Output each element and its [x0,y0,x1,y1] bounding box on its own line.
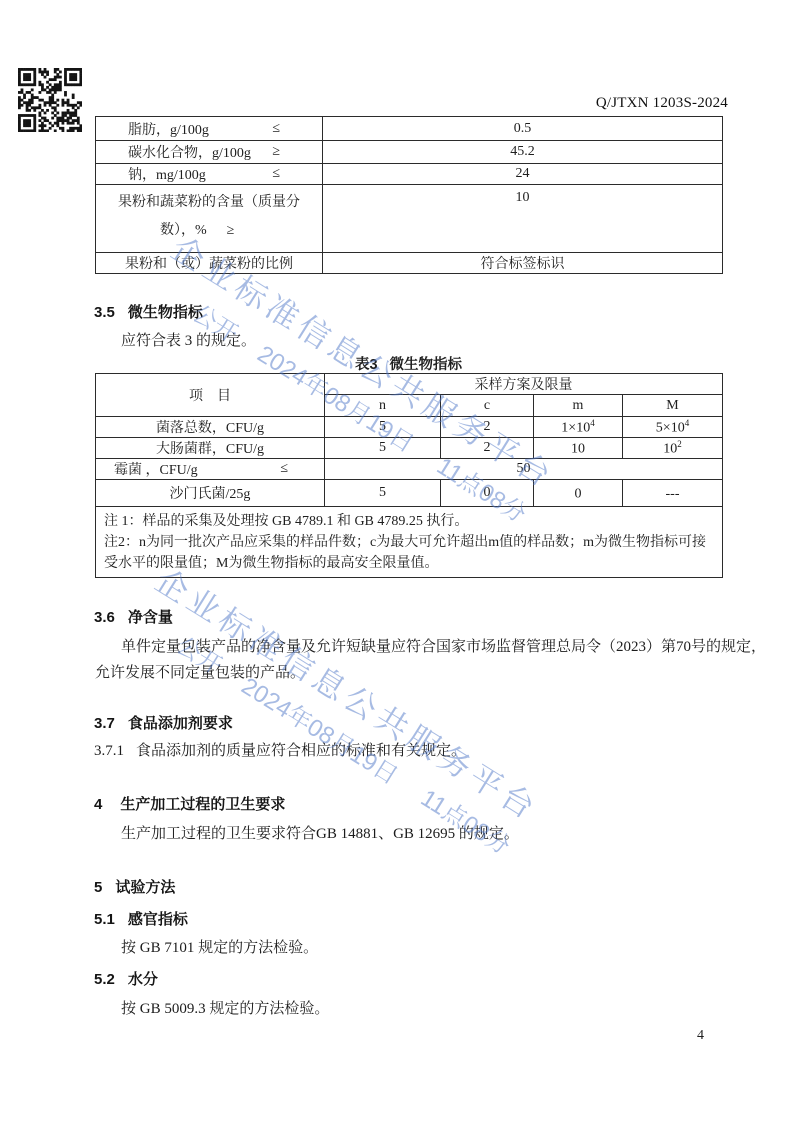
row-operator: ≥ [227,223,235,238]
M-cell: 102 [623,438,723,459]
nutrition-table: 脂肪，g/100g ≤ 0.5 碳水化合物，g/100g ≥ 45.2 钠，mg… [95,116,723,274]
merged-value-cell: 50 [325,459,723,480]
table-notes-row: 注 1：样品的采集及处理按 GB 4789.1 和 GB 4789.25 执行。… [96,507,723,578]
section-number: 5.2 [94,971,115,988]
item-cell: 菌落总数，CFU/g [96,417,325,438]
section-number: 3.6 [94,609,115,626]
value-cell: 45.2 [323,141,723,164]
section-title: 食品添加剂要求 [128,715,233,732]
section-heading-5-2: 5.2水分 [94,968,158,989]
n-cell: 5 [325,480,441,507]
paragraph: 单件定量包装产品的净含量及允许短缺量应符合国家市场监督管理总局令（2023）第7… [95,637,751,657]
header-M-cell: M [623,395,723,417]
table-row: 菌落总数，CFU/g 5 2 1×104 5×104 [96,417,723,438]
item-cell: 大肠菌群，CFU/g [96,438,325,459]
row-label-line1: 果粉和蔬菜粉的含量（质量分 [118,189,312,217]
section-title: 试验方法 [115,879,175,896]
table-row: 钠，mg/100g ≤ 24 [96,164,723,185]
paragraph: 生产加工过程的卫生要求符合GB 14881、GB 12695 的规定。 [95,824,751,844]
clause-number: 3.7.1 [94,743,124,759]
c-cell: 2 [441,417,534,438]
label-cell: 果粉和蔬菜粉的含量（质量分 数），%≥ [96,185,323,253]
paragraph: 按 GB 7101 规定的方法检验。 [95,938,751,958]
m-cell: 10 [534,438,623,459]
doc-code: Q/JTXN 1203S-2024 [596,95,728,112]
row-label: 脂肪，g/100g [128,119,209,139]
section-heading-3-6: 3.6净含量 [94,606,173,627]
header-n-cell: n [325,395,441,417]
label-cell: 钠，mg/100g ≤ [96,164,323,185]
value-cell: 10 [323,185,723,253]
section-number: 3.7 [94,715,115,732]
clause-body: 食品添加剂的质量应符合相应的标准和有关规定。 [136,743,466,759]
table3-caption: 表3微生物指标 [95,353,722,374]
row-operator: ≤ [272,121,280,137]
section-title: 微生物指标 [128,304,203,321]
notes-cell: 注 1：样品的采集及处理按 GB 4789.1 和 GB 4789.25 执行。… [96,507,723,578]
section-number: 3.5 [94,304,115,321]
item-cell: 沙门氏菌/25g [96,480,325,507]
item-label: 霉菌 ，CFU/g [114,459,198,479]
note-2: 注2：n为同一批次产品应采集的样品件数；c为最大可允许超出m值的样品数；m为微生… [104,532,714,574]
watermark-title: 企业标准信息公共服务平台 [148,556,549,830]
section-title: 水分 [128,971,158,988]
note-1: 注 1：样品的采集及处理按 GB 4789.1 和 GB 4789.25 执行。 [104,511,714,532]
section-heading-4: 4生产加工过程的卫生要求 [94,793,285,814]
section-heading-3-7: 3.7食品添加剂要求 [94,712,233,733]
table-header-row: 项 目 采样方案及限量 [96,374,723,395]
label-cell: 果粉和（或）蔬菜粉的比例 [96,253,323,274]
row-operator: ≤ [280,461,288,477]
header-group-cell: 采样方案及限量 [325,374,723,395]
section-title: 感官指标 [128,911,188,928]
section-number: 4 [94,796,102,813]
value-cell: 符合标签标识 [323,253,723,274]
table3-caption-label: 表3 [355,357,378,373]
m-cell: 0 [534,480,623,507]
header-c-cell: c [441,395,534,417]
table-row: 脂肪，g/100g ≤ 0.5 [96,117,723,141]
label-cell: 碳水化合物，g/100g ≥ [96,141,323,164]
value-cell: 24 [323,164,723,185]
paragraph: 允许发展不同定量包装的产品。 [95,663,725,683]
row-label: 碳水化合物，g/100g [128,142,251,162]
clause-3-7-1: 3.7.1食品添加剂的质量应符合相应的标准和有关规定。 [94,741,724,761]
m-cell: 1×104 [534,417,623,438]
row-operator: ≤ [272,166,280,182]
document-page: Q/JTXN 1203S-2024 脂肪，g/100g ≤ 0.5 碳水化合物，… [0,0,794,1123]
header-item-cell: 项 目 [96,374,325,417]
table-row: 沙门氏菌/25g 5 0 0 --- [96,480,723,507]
table3-caption-title: 微生物指标 [390,357,463,373]
section-number: 5.1 [94,911,115,928]
section-heading-5: 5试验方法 [94,876,175,897]
paragraph: 应符合表 3 的规定。 [95,331,751,351]
table-row: 霉菌 ，CFU/g ≤ 50 [96,459,723,480]
watermark-date: 2024年08月19日 [237,673,403,791]
n-cell: 5 [325,417,441,438]
M-cell: 5×104 [623,417,723,438]
section-heading-3-5: 3.5微生物指标 [94,301,203,322]
table-row: 果粉和蔬菜粉的含量（质量分 数），%≥ 10 [96,185,723,253]
c-cell: 2 [441,438,534,459]
micro-table: 项 目 采样方案及限量 n c m M 菌落总数，CFU/g 5 2 1×104… [95,373,723,578]
header-m-cell: m [534,395,623,417]
watermark-time: 11点08分 [416,785,515,861]
section-heading-5-1: 5.1感官指标 [94,908,188,929]
table-row: 果粉和（或）蔬菜粉的比例 符合标签标识 [96,253,723,274]
section-title: 净含量 [128,609,173,626]
watermark-block: 企业标准信息公共服务平台 公开 2024年08月19日 11点08分 [127,556,549,863]
row-operator: ≥ [272,144,280,160]
M-cell: --- [623,480,723,507]
table-row: 碳水化合物，g/100g ≥ 45.2 [96,141,723,164]
item-cell: 霉菌 ，CFU/g ≤ [96,459,325,480]
row-label: 钠，mg/100g [128,164,206,184]
c-cell: 0 [441,480,534,507]
row-label-line2: 数），% [160,223,207,238]
table-row: 大肠菌群，CFU/g 5 2 10 102 [96,438,723,459]
section-title: 生产加工过程的卫生要求 [120,796,285,813]
value-cell: 0.5 [323,117,723,141]
qr-code-icon [18,68,82,132]
n-cell: 5 [325,438,441,459]
page-number: 4 [697,1028,704,1044]
section-number: 5 [94,879,102,896]
label-cell: 脂肪，g/100g ≤ [96,117,323,141]
paragraph: 按 GB 5009.3 规定的方法检验。 [95,999,751,1019]
